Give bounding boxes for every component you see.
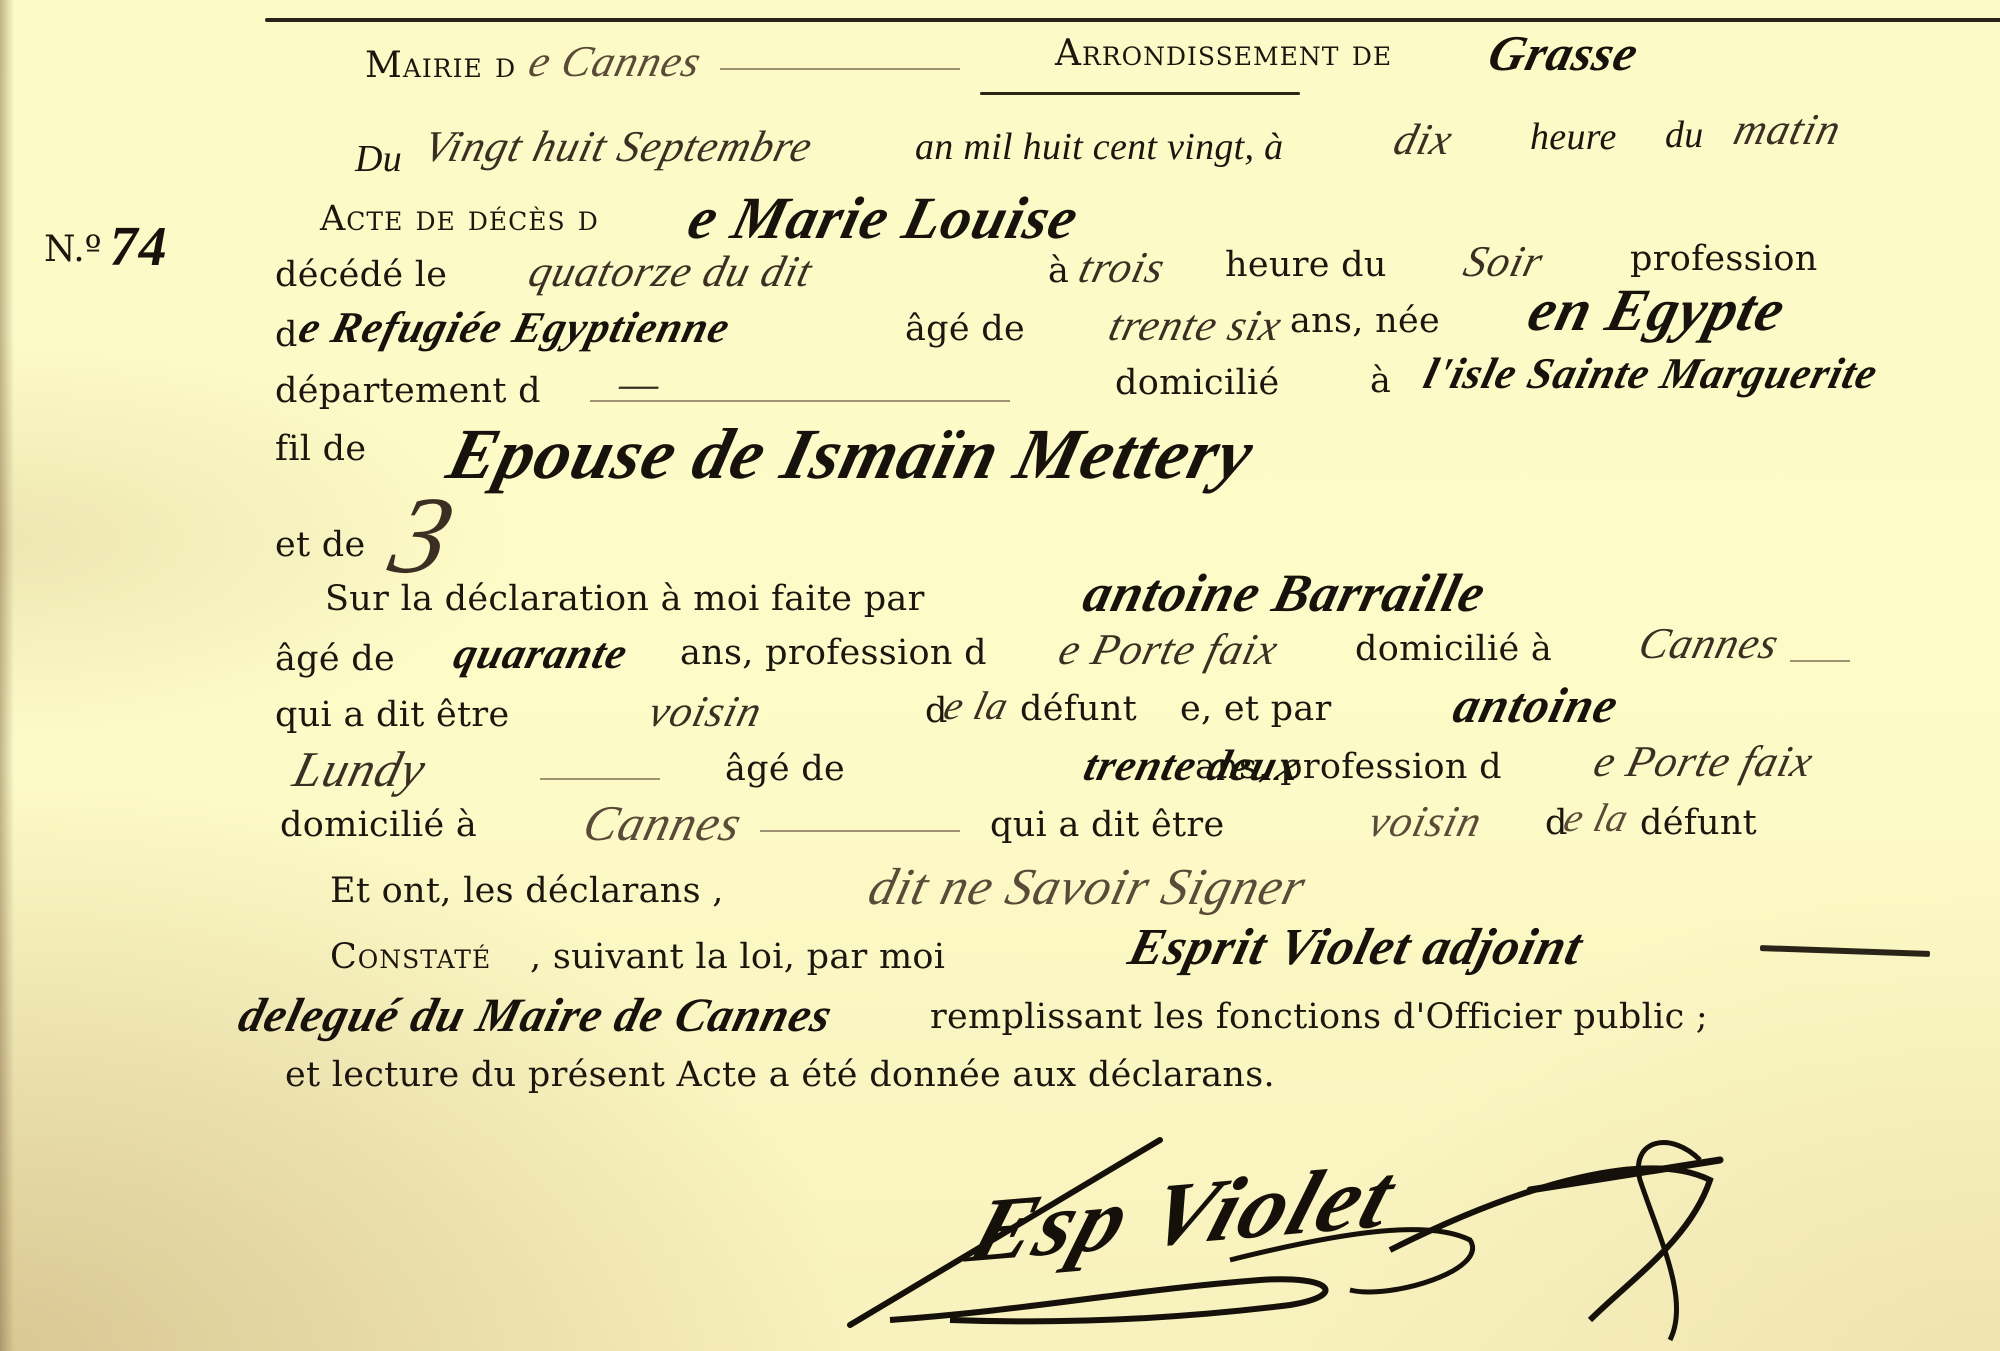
death-a: à bbox=[1048, 254, 1069, 289]
declarant1-age-label: âgé de bbox=[275, 642, 395, 677]
profession-label: profession bbox=[1630, 242, 1818, 277]
mother-blank-mark: 3 bbox=[381, 480, 464, 590]
constate-label: Constaté bbox=[330, 940, 491, 975]
declarant2-domicile-fill-line bbox=[760, 830, 960, 832]
death-hour: trois bbox=[1075, 246, 1170, 290]
defunt-1: défunt bbox=[1020, 692, 1137, 727]
fils-label: fil de bbox=[275, 432, 366, 467]
date-heure: heure bbox=[1530, 118, 1617, 156]
document-page: Mairie d e Cannes Arrondissement de Gras… bbox=[0, 0, 2000, 1351]
declarant2-age-label: âgé de bbox=[725, 752, 845, 787]
date-time: matin bbox=[1730, 108, 1846, 152]
page-edge-shadow bbox=[0, 0, 14, 1351]
entry-number-value: 74 bbox=[110, 216, 168, 278]
et-ont-label: Et ont, les déclarans , bbox=[330, 874, 724, 909]
entry-number: N.º74 bbox=[44, 215, 168, 271]
date-hand: Vingt huit Septembre bbox=[420, 125, 818, 169]
departement-label: département d bbox=[275, 374, 541, 409]
domicile-value: l'isle Sainte Marguerite bbox=[1420, 352, 1883, 396]
qui-a-dit-1: qui a dit être bbox=[275, 698, 509, 733]
declaration-label: Sur la déclaration à moi faite par bbox=[325, 582, 925, 617]
declarant2-fill-line bbox=[540, 778, 660, 780]
declarant2-first: antoine bbox=[1449, 680, 1624, 730]
arrondissement-label: Arrondissement de bbox=[1055, 36, 1392, 72]
lecture: et lecture du présent Acte a été donnée … bbox=[285, 1058, 1275, 1093]
declarant2-last: Lundy bbox=[289, 744, 431, 794]
mairie-value: e Cannes bbox=[525, 40, 707, 84]
date-hour: dix bbox=[1390, 118, 1458, 162]
declarant2-profession: e Porte faix bbox=[1590, 740, 1818, 784]
officer-line2: delegué du Maire de Cannes bbox=[234, 992, 837, 1040]
death-time: Soir bbox=[1460, 240, 1548, 284]
decede-label: décédé le bbox=[275, 258, 447, 293]
ans-nee: ans, née bbox=[1290, 304, 1440, 339]
date-du: du bbox=[1665, 116, 1704, 154]
officer-flourish bbox=[1760, 945, 1930, 957]
mairie-fill-line bbox=[720, 68, 960, 70]
domicilie-a: à bbox=[1370, 364, 1391, 399]
relation1: voisin bbox=[645, 690, 767, 734]
qui-a-dit-2: qui a dit être bbox=[990, 808, 1224, 843]
constate-text: , suivant la loi, par moi bbox=[530, 940, 945, 975]
top-rule bbox=[265, 18, 2000, 22]
date-print: an mil huit cent vingt, à bbox=[915, 128, 1283, 166]
relation2-article: e la bbox=[1560, 798, 1633, 838]
et-de-label: et de bbox=[275, 528, 366, 563]
declarant1-domicilie: domicilié à bbox=[1355, 632, 1552, 667]
declarant2-domicilie: domicilié à bbox=[280, 808, 477, 843]
et-ont-value: dit ne Savoir Signer bbox=[864, 862, 1311, 914]
entry-number-label: N.º bbox=[44, 229, 102, 270]
declarant2-domicile: Cannes bbox=[579, 798, 747, 848]
date-prefix: Du bbox=[355, 140, 402, 178]
et-par: e, et par bbox=[1180, 692, 1332, 727]
declarant1-domicile: Cannes bbox=[1635, 622, 1784, 666]
arrondissement-value: Grasse bbox=[1484, 28, 1644, 78]
defunt-2: défunt bbox=[1640, 806, 1757, 841]
deceased-name: e Marie Louise bbox=[683, 188, 1085, 248]
remplissant: remplissant les fonctions d'Officier pub… bbox=[930, 1000, 1708, 1035]
relation2: voisin bbox=[1365, 800, 1487, 844]
mairie-label: Mairie d bbox=[365, 48, 516, 84]
declarant1-name: antoine Barraille bbox=[1078, 566, 1491, 620]
death-heure-du: heure du bbox=[1225, 248, 1387, 283]
departement-fill-line bbox=[590, 400, 1010, 402]
father-value: Epouse de Ismaïn Mettery bbox=[441, 418, 1261, 490]
declarant1-ans-prof: ans, profession d bbox=[680, 636, 987, 671]
declarant1-fill-line bbox=[1790, 660, 1850, 662]
relation1-article: e la bbox=[940, 686, 1013, 726]
header-underline bbox=[980, 92, 1300, 95]
domicilie-label: domicilié bbox=[1115, 366, 1279, 401]
acte-label: Acte de décès d bbox=[320, 202, 599, 237]
declarant1-profession: e Porte faix bbox=[1055, 628, 1283, 672]
birthplace-value: en Egypte bbox=[1523, 280, 1792, 340]
age-value: trente six bbox=[1105, 304, 1287, 348]
profession-value: e Refugiée Egyptienne bbox=[295, 306, 735, 350]
death-day: quatorze du dit bbox=[525, 250, 817, 294]
declarant1-age: quarante bbox=[450, 632, 633, 676]
officer-signature: Esp Violet bbox=[830, 1120, 1950, 1350]
officer-value: Esprit Violet adjoint bbox=[1124, 922, 1589, 974]
age-label: âgé de bbox=[905, 312, 1025, 347]
declarant2-ans-prof: ans, profession d bbox=[1195, 750, 1502, 785]
